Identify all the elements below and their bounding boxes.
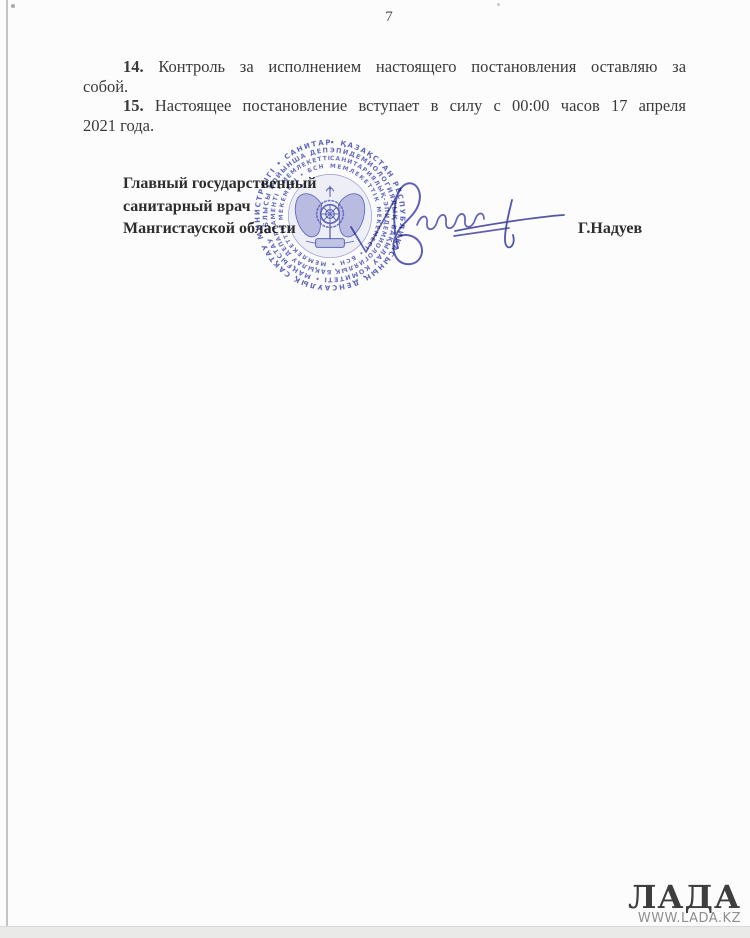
paragraph-line: собой. [83, 77, 686, 97]
paragraph-line: 15. Настоящее постановление вступает в с… [83, 96, 686, 116]
paragraph-line: 14. Контроль за исполнением настоящего п… [83, 57, 686, 77]
paragraph-text: Настоящее постановление вступает в силу … [155, 96, 686, 115]
watermark: ЛАДА WWW.LADA.KZ [628, 882, 741, 926]
paragraph-14: 14. Контроль за исполнением настоящего п… [83, 57, 686, 96]
paragraph-number: 15. [123, 96, 144, 115]
paragraph-line: 2021 года. [83, 116, 686, 136]
paragraph-text: Контроль за исполнением настоящего поста… [158, 57, 686, 76]
scanned-document-page: 7 14. Контроль за исполнением настоящего… [0, 0, 750, 938]
emblem-top-dot [329, 187, 332, 190]
watermark-site-url: WWW.LADA.KZ [628, 912, 741, 926]
paragraph-number: 14. [123, 57, 144, 76]
handwritten-signature-icon [335, 165, 570, 270]
page-number: 7 [339, 9, 439, 26]
paragraph-15: 15. Настоящее постановление вступает в с… [83, 96, 686, 135]
watermark-logo: ЛАДА [628, 882, 741, 912]
signature-cross-stroke [505, 200, 514, 247]
document-body: 14. Контроль за исполнением настоящего п… [83, 57, 686, 135]
signer-name: Г.Надуев [578, 220, 642, 238]
scan-speck [497, 3, 500, 6]
scan-speck [11, 4, 15, 8]
scan-edge-bottom [0, 926, 750, 938]
scan-edge-left [6, 0, 8, 927]
